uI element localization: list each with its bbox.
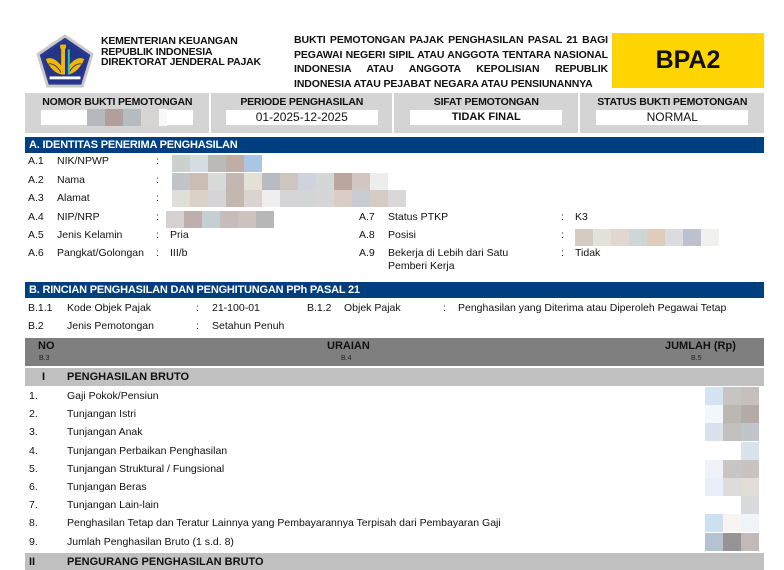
field-label-posisi: Posisi	[388, 229, 416, 242]
organization-name: KEMENTERIAN KEUANGAN REPUBLIK INDONESIA …	[101, 36, 261, 68]
row-amount-redacted	[705, 496, 759, 514]
info-label: SIFAT PEMOTONGAN	[434, 95, 539, 110]
field-code: A.8	[359, 229, 375, 242]
row-description: Gaji Pokok/Pensiun	[67, 387, 159, 405]
field-label-alamat: Alamat	[57, 192, 90, 205]
info-label: NOMOR BUKTI PEMOTONGAN	[42, 95, 192, 110]
row-amount-redacted	[705, 478, 759, 496]
field-code: B.1.2	[307, 302, 332, 315]
table-row: 7.Tunjangan Lain-lain	[25, 496, 764, 514]
objek-pajak-value: Penghasilan yang Diterima atau Diperoleh…	[458, 302, 726, 315]
info-bar: NOMOR BUKTI PEMOTONGAN PERIODE PENGHASIL…	[25, 93, 764, 133]
field-code: A.7	[359, 211, 375, 224]
field-code: A.3	[28, 192, 44, 205]
subsection-title: PENGHASILAN BRUTO	[67, 368, 189, 386]
table-row: 8.Penghasilan Tetap dan Teratur Lainnya …	[25, 514, 764, 532]
row-no: 1.	[29, 387, 38, 405]
field-label-jenis-pemotongan: Jenis Pemotongan	[67, 320, 154, 333]
table-row: 5.Tunjangan Struktural / Fungsional	[25, 460, 764, 478]
field-label-nik: NIK/NPWP	[57, 155, 109, 168]
field-label-ptkp: Status PTKP	[388, 211, 448, 224]
form-code-badge: BPA2	[612, 33, 764, 88]
colon: :	[196, 320, 199, 333]
nomor-bukti-redacted	[41, 110, 193, 125]
ptkp-value: K3	[575, 211, 588, 224]
table-row: 9.Jumlah Penghasilan Bruto (1 s.d. 8)	[25, 533, 764, 551]
row-no: 6.	[29, 478, 38, 496]
colon: :	[156, 211, 159, 224]
field-label-jenis-kelamin: Jenis Kelamin	[57, 229, 122, 242]
row-description: Tunjangan Istri	[67, 405, 136, 423]
org-line-directorate: DIREKTORAT JENDERAL PAJAK	[101, 57, 261, 68]
field-label-objek-pajak: Objek Pajak	[344, 302, 401, 315]
jenis-pemotongan-value: Setahun Penuh	[212, 320, 284, 333]
row-no: 5.	[29, 460, 38, 478]
row-amount-redacted	[705, 423, 759, 441]
row-amount-redacted	[705, 405, 759, 423]
row-no: 2.	[29, 405, 38, 423]
col-uraian: URAIAN	[327, 340, 370, 352]
jenis-kelamin-value: Pria	[170, 229, 189, 242]
info-sifat: SIFAT PEMOTONGAN TIDAK FINAL	[394, 93, 580, 133]
row-description: Tunjangan Beras	[67, 478, 147, 496]
nama-redacted	[172, 173, 388, 190]
field-code: A.5	[28, 229, 44, 242]
field-code: A.1	[28, 155, 44, 168]
subsection-no: I	[42, 368, 45, 386]
row-amount-redacted	[705, 514, 759, 532]
section-b-header: B. RINCIAN PENGHASILAN DAN PENGHITUNGAN …	[25, 282, 764, 298]
colon: :	[561, 229, 564, 242]
status-value: NORMAL	[596, 110, 748, 125]
info-periode: PERIODE PENGHASILAN 01-2025-12-2025	[211, 93, 394, 133]
colon: :	[156, 174, 159, 187]
table-row: 3.Tunjangan Anak	[25, 423, 764, 441]
field-label-nip: NIP/NRP	[57, 211, 100, 224]
row-amount-redacted	[705, 533, 759, 551]
subsection-title: PENGURANG PENGHASILAN BRUTO	[67, 553, 264, 570]
colon: :	[156, 155, 159, 168]
row-description: Penghasilan Tetap dan Teratur Lainnya ya…	[67, 514, 501, 532]
info-label: STATUS BUKTI PEMOTONGAN	[597, 95, 747, 110]
periode-value: 01-2025-12-2025	[226, 110, 378, 125]
col-uraian-code: B.4	[341, 355, 352, 362]
field-label-pangkat: Pangkat/Golongan	[57, 247, 144, 260]
field-code: A.9	[359, 247, 375, 260]
col-jumlah-code: B.5	[691, 355, 702, 362]
row-description: Tunjangan Lain-lain	[67, 496, 159, 514]
row-description: Tunjangan Anak	[67, 423, 143, 441]
multi-employer-value: Tidak	[575, 247, 600, 260]
nik-redacted	[172, 155, 262, 172]
colon: :	[156, 247, 159, 260]
field-code: A.6	[28, 247, 44, 260]
kode-objek-value: 21-100-01	[212, 302, 260, 315]
colon: :	[156, 192, 159, 205]
row-no: 7.	[29, 496, 38, 514]
row-no: 9.	[29, 533, 38, 551]
row-no: 3.	[29, 423, 38, 441]
col-jumlah: JUMLAH (Rp)	[665, 340, 736, 352]
posisi-redacted	[575, 229, 719, 246]
alamat-redacted	[172, 190, 406, 207]
colon: :	[443, 302, 446, 315]
colon: :	[156, 229, 159, 242]
row-no: 4.	[29, 442, 38, 460]
subsection-penghasilan-bruto: I PENGHASILAN BRUTO	[25, 368, 764, 386]
row-description: Jumlah Penghasilan Bruto (1 s.d. 8)	[67, 533, 234, 551]
document-title: BUKTI PEMOTONGAN PAJAK PENGHASILAN PASAL…	[294, 33, 608, 91]
row-description: Tunjangan Struktural / Fungsional	[67, 460, 224, 478]
nip-redacted	[166, 211, 274, 228]
row-amount-redacted	[705, 387, 759, 405]
row-amount-redacted	[705, 460, 759, 478]
subsection-pengurang-bruto: II PENGURANG PENGHASILAN BRUTO	[25, 553, 764, 570]
sifat-value: TIDAK FINAL	[410, 110, 562, 125]
field-code: A.2	[28, 174, 44, 187]
colon: :	[196, 302, 199, 315]
field-label-multi-employer: Bekerja di Lebih dari Satu Pemberi Kerja	[388, 247, 548, 273]
org-line-ministry: KEMENTERIAN KEUANGAN	[101, 36, 261, 47]
row-description: Tunjangan Perbaikan Penghasilan	[67, 442, 227, 460]
field-label-kode-objek: Kode Objek Pajak	[67, 302, 151, 315]
col-no-code: B.3	[39, 355, 50, 362]
info-status: STATUS BUKTI PEMOTONGAN NORMAL	[580, 93, 764, 133]
field-code: A.4	[28, 211, 44, 224]
section-a-header: A. IDENTITAS PENERIMA PENGHASILAN	[25, 137, 764, 153]
table-row: 2.Tunjangan Istri	[25, 405, 764, 423]
pangkat-value: III/b	[170, 247, 188, 260]
table-row: 4.Tunjangan Perbaikan Penghasilan	[25, 442, 764, 460]
col-no: NO	[38, 340, 55, 352]
row-amount-redacted	[705, 442, 759, 460]
colon: :	[561, 211, 564, 224]
info-nomor-bukti: NOMOR BUKTI PEMOTONGAN	[25, 93, 211, 133]
field-code: B.1.1	[28, 302, 53, 315]
info-label: PERIODE PENGHASILAN	[240, 95, 363, 110]
income-table-header: NO B.3 URAIAN B.4 JUMLAH (Rp) B.5	[25, 338, 764, 366]
field-label-nama: Nama	[57, 174, 85, 187]
table-row: 6.Tunjangan Beras	[25, 478, 764, 496]
table-row: 1.Gaji Pokok/Pensiun	[25, 387, 764, 405]
field-code: B.2	[28, 320, 44, 333]
colon: :	[561, 247, 564, 260]
kemenkeu-logo-icon	[36, 34, 94, 88]
row-no: 8.	[29, 514, 38, 532]
subsection-no: II	[29, 553, 35, 570]
